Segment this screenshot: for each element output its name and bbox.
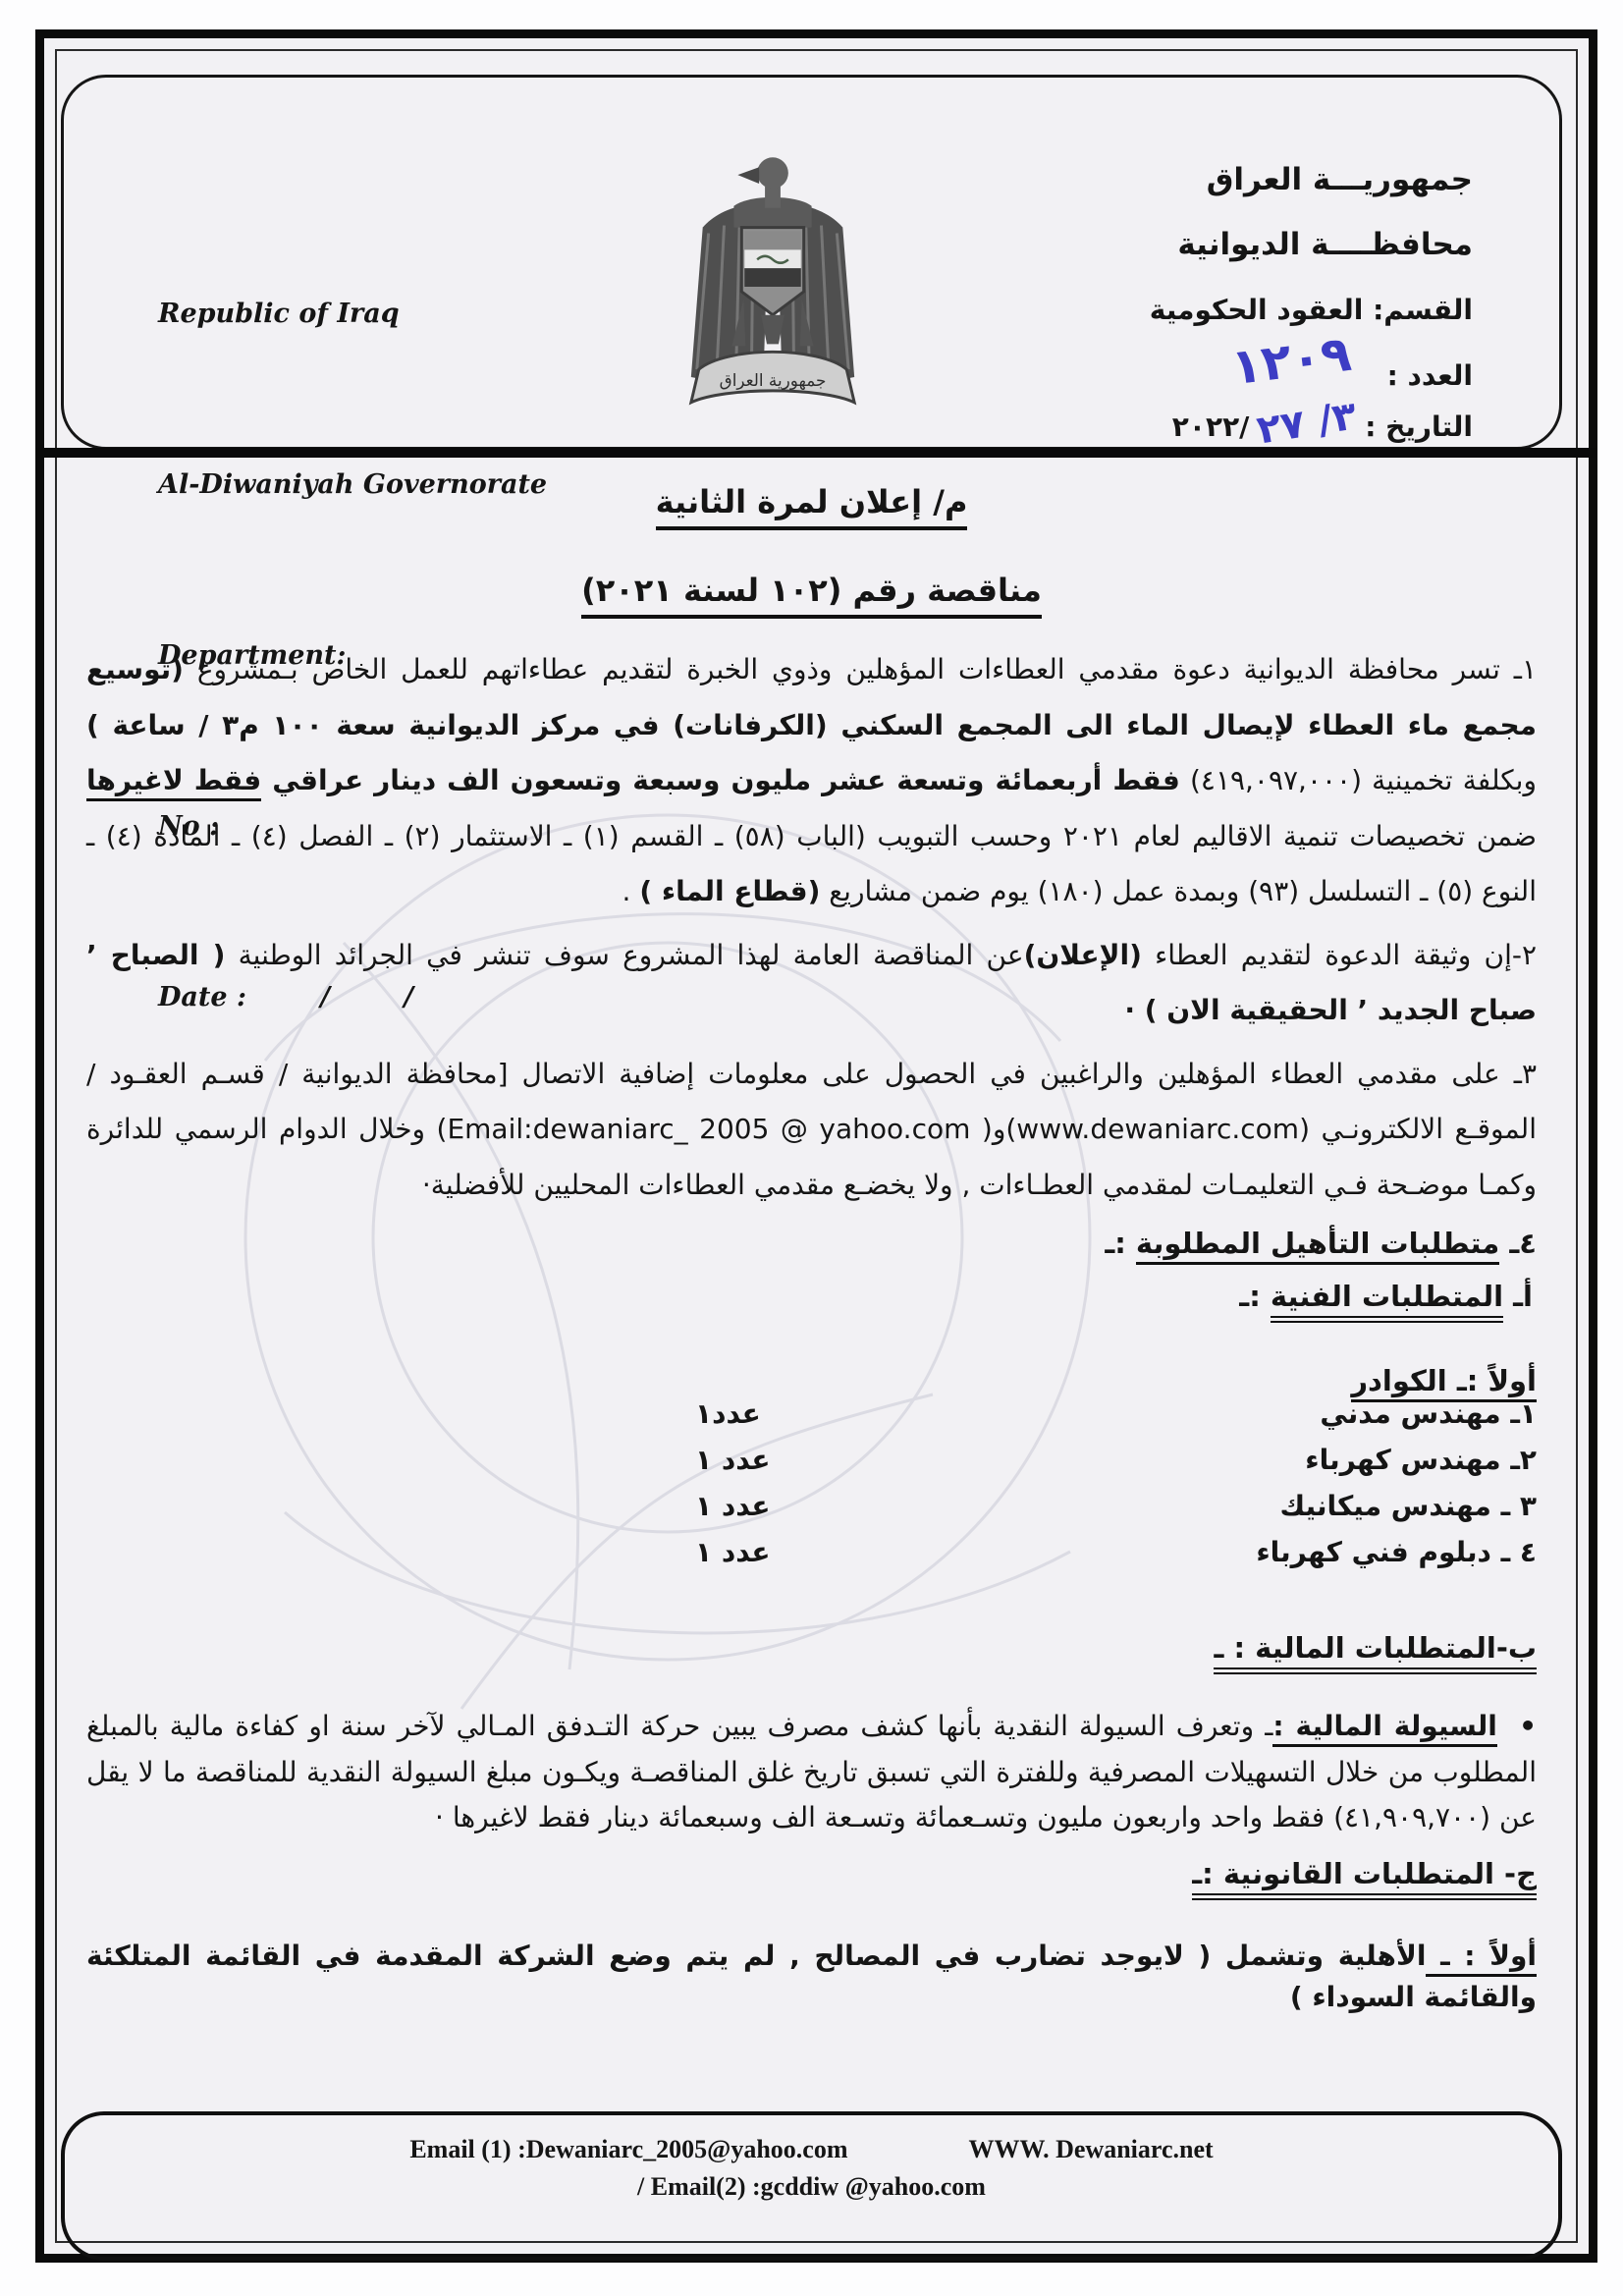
- website-url: (www.dewaniarc.com): [1005, 1113, 1310, 1145]
- cadre-label: ٤ ـ دبلوم فني كهرباء: [1256, 1536, 1537, 1568]
- clause-2-text-2: عن المناقصة العامة لهذا المشروع سوف تنشر…: [225, 939, 1023, 971]
- liquidity-term: السيولة المالية :: [1272, 1710, 1497, 1747]
- date-handwritten: ٣/ ٢٧: [1254, 393, 1360, 453]
- bullet-marker: •: [1519, 1710, 1537, 1742]
- footer-email-1: Email (1) :Dewaniarc_2005@yahoo.com: [409, 2135, 847, 2164]
- announcement-word: (الإعلان): [1024, 939, 1142, 971]
- footer-line-1: Email (1) :Dewaniarc_2005@yahoo.com WWW.…: [65, 2135, 1558, 2164]
- technical-title: المتطلبات الفنية: [1271, 1280, 1503, 1323]
- qualification-tail: :ـ: [1105, 1227, 1136, 1260]
- header-divider-rule: [37, 448, 1596, 458]
- cadre-count: عدد ١: [695, 1444, 771, 1476]
- cadre-count: عدد ١: [695, 1490, 771, 1522]
- cadre-count: عدد ١: [695, 1536, 771, 1568]
- footer-website: WWW. Dewaniarc.net: [968, 2135, 1213, 2164]
- document-body: م/ إعلان لمرة الثانية مناقصة رقم (١٠٢ لس…: [86, 483, 1537, 2018]
- letterhead-arabic: جمهوريـــة العراق محافظــــة الديوانية ا…: [1150, 162, 1473, 446]
- document-number-row: العدد : ١٢٠٩: [1150, 340, 1473, 401]
- document-number-handwritten: ١٢٠٩: [1228, 325, 1354, 396]
- document-date-row: ٢٠٢٢/ ٣/ ٢٧ التاريخ :: [1150, 401, 1473, 446]
- iraq-coat-of-arms-icon: جمهورية العراق: [676, 143, 870, 426]
- subject-title: م/ إعلان لمرة الثانية: [86, 483, 1537, 520]
- technical-requirements-heading: أـ المتطلبات الفنية :ـ: [86, 1280, 1533, 1313]
- financial-requirements-heading: ب-المتطلبات المالية : ـ: [86, 1631, 1537, 1665]
- date-label-ar: التاريخ :: [1365, 410, 1473, 443]
- cadre-row: ٣ ـ مهندس ميكانيك عدد ١: [86, 1490, 1537, 1536]
- subject-title-text: م/ إعلان لمرة الثانية: [656, 483, 968, 530]
- clause-2-text: ٢-إن وثيقة الدعوة لتقديم العطاء: [1142, 939, 1537, 971]
- tender-number-text: مناقصة رقم (١٠٢ لسنة ٢٠٢١): [581, 572, 1042, 619]
- tender-number-title: مناقصة رقم (١٠٢ لسنة ٢٠٢١): [86, 572, 1537, 609]
- clause-1-period: .: [622, 875, 640, 907]
- footer-contact-box: Email (1) :Dewaniarc_2005@yahoo.com WWW.…: [61, 2111, 1562, 2261]
- liquidity-paragraph: • السيولة المالية :ـ وتعرف السيولة النقد…: [86, 1704, 1537, 1840]
- clause-3: ٣ـ على مقدمي العطاء المؤهلين والراغبين ف…: [86, 1047, 1537, 1214]
- scanned-document-page: Republic of Iraq Al-Diwaniyah Governorat…: [0, 0, 1623, 2296]
- clause-1: ١ـ تسر محافظة الديوانية دعوة مقدمي العطا…: [86, 642, 1537, 920]
- qualification-title: متطلبات التأهيل المطلوبة: [1136, 1227, 1499, 1265]
- cost-in-words: فقط أربعمائة وتسعة عشر مليون وسبعة وتسعو…: [261, 764, 1180, 796]
- country-name-ar: جمهوريـــة العراق: [1150, 162, 1473, 197]
- eligibility-paragraph: أولاً : ـ الأهلية وتشمل ( لايوجد تضارب ف…: [86, 1936, 1537, 2018]
- technical-tail: :ـ: [1239, 1280, 1271, 1313]
- qualification-heading: ٤ـ متطلبات التأهيل المطلوبة :ـ: [86, 1227, 1537, 1260]
- qualification-number: ٤ـ: [1499, 1227, 1537, 1260]
- footer-email-2: / Email(2) :gcddiw @yahoo.com: [65, 2172, 1558, 2202]
- technical-letter: أـ: [1503, 1280, 1533, 1313]
- contact-email: Email:dewaniarc_ 2005 @ yahoo.com: [447, 1113, 970, 1145]
- legal-requirements-heading: ج- المتطلبات القانونية :ـ: [86, 1857, 1537, 1890]
- governorate-name-ar: محافظــــة الديوانية: [1150, 227, 1473, 262]
- emblem-banner-text: جمهورية العراق: [720, 370, 827, 391]
- water-sector-phrase: (قطاع الماء ): [639, 875, 820, 907]
- cadre-label: ٣ ـ مهندس ميكانيك: [1279, 1490, 1537, 1522]
- cadre-row: ١ـ مهندس مدني عدد١: [86, 1397, 1537, 1444]
- legal-first-label: أولاً : ـ: [1426, 1940, 1537, 1977]
- date-year: ٢٠٢٢/: [1172, 410, 1250, 443]
- clause-1-text: ١ـ تسر محافظة الديوانية دعوة مقدمي العطا…: [184, 653, 1537, 685]
- eligibility-text: الأهلية وتشمل ( لايوجد تضارب في المصالح …: [86, 1940, 1537, 2013]
- financial-heading-text: ب-المتطلبات المالية : ـ: [1214, 1631, 1537, 1674]
- cadre-label: ١ـ مهندس مدني: [1320, 1397, 1537, 1430]
- cadre-count: عدد١: [695, 1397, 761, 1430]
- estimated-cost-intro: وبكلفة تخمينية (٤١٩,٠٩٧,٠٠٠): [1180, 764, 1537, 796]
- cost-only-phrase: فقط لاغيرها: [86, 764, 261, 801]
- cadre-row: ٢ـ مهندس كهرباء عدد ١: [86, 1444, 1537, 1490]
- department-line-ar: القسم: العقود الحكومية: [1150, 294, 1473, 326]
- cadres-heading: أولاً :ـ الكوادر: [86, 1364, 1537, 1397]
- cadre-row: ٤ ـ دبلوم فني كهرباء عدد ١: [86, 1536, 1537, 1582]
- cadre-label: ٢ـ مهندس كهرباء: [1305, 1444, 1537, 1476]
- legal-heading-text: ج- المتطلبات القانونية :ـ: [1192, 1857, 1537, 1900]
- number-label-ar: العدد :: [1387, 359, 1473, 392]
- country-name-en: Republic of Iraq: [158, 286, 547, 343]
- clause-2: ٢-إن وثيقة الدعوة لتقديم العطاء (الإعلان…: [86, 928, 1537, 1039]
- clause-3-and: و(: [970, 1113, 1005, 1145]
